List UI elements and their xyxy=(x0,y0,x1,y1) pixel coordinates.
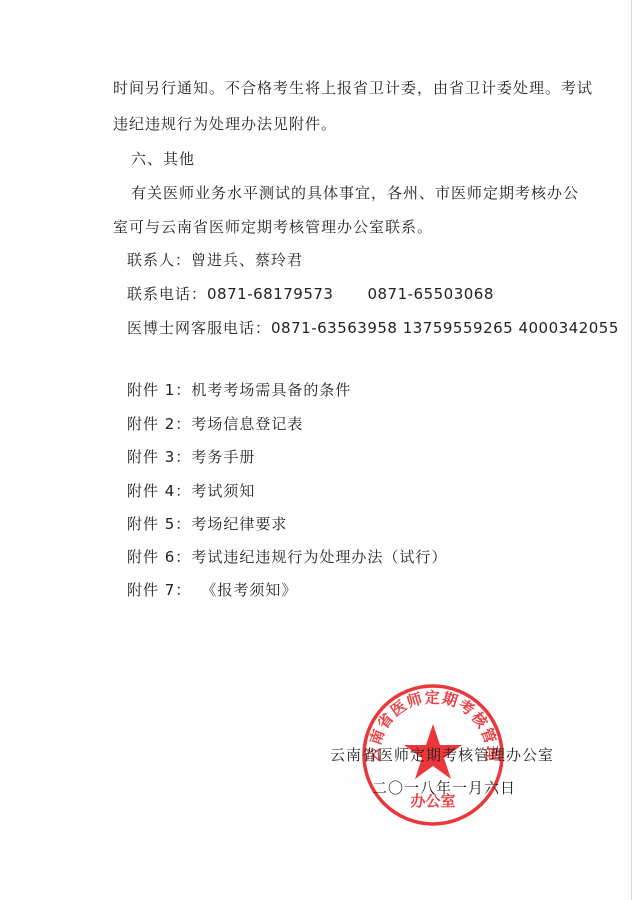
contact-person-value: 曾进兵、蔡玲君 xyxy=(191,251,303,269)
attachment-label: 附件 2： xyxy=(127,415,191,433)
attachment-item: 附件 3：考务手册 xyxy=(127,448,255,466)
attachment-item: 附件 6：考试违纪违规行为处理办法（试行） xyxy=(127,548,447,566)
section-heading: 六、其他 xyxy=(131,150,195,168)
attachment-title: 考场纪律要求 xyxy=(191,515,287,533)
attachment-label: 附件 1： xyxy=(127,381,191,399)
attachment-title: 机考考场需具备的条件 xyxy=(191,381,351,399)
paragraph-continuation-line-2: 违纪违规行为处理办法见附件。 xyxy=(113,115,337,133)
other-paragraph-line-1: 有关医师业务水平测试的具体事宜，各州、市医师定期考核办公 xyxy=(131,184,579,202)
contact-person-label: 联系人： xyxy=(127,251,191,269)
attachment-item: 附件 5：考场纪律要求 xyxy=(127,515,287,533)
contact-person: 联系人：曾进兵、蔡玲君 xyxy=(127,251,303,269)
attachment-item: 附件 1：机考考场需具备的条件 xyxy=(127,381,351,399)
attachment-title: 考试须知 xyxy=(191,482,255,500)
service-label: 医博士网客服电话： xyxy=(127,319,271,337)
attachment-label: 附件 6： xyxy=(127,548,191,566)
attachment-label: 附件 4： xyxy=(127,482,191,500)
phone-2: 0871-65503068 xyxy=(367,285,493,303)
signature-organization: 云南省医师定期考核管理办公室 xyxy=(330,746,554,764)
service-phones: 0871-63563958 13759559265 4000342055 xyxy=(271,319,619,337)
phone-label: 联系电话： xyxy=(127,285,207,303)
attachment-item: 附件 7：《报考须知》 xyxy=(127,581,297,599)
attachment-label: 附件 5： xyxy=(127,515,191,533)
attachment-title: 考试违纪违规行为处理办法（试行） xyxy=(191,548,447,566)
attachment-title: 考务手册 xyxy=(191,448,255,466)
document-page: 时间另行通知。不合格考生将上报省卫计委，由省卫计委处理。考试 违纪违规行为处理办… xyxy=(0,0,636,900)
signature-date: 二〇一八年一月六日 xyxy=(372,779,516,797)
attachment-label: 附件 7： xyxy=(127,581,191,599)
service-phone: 医博士网客服电话：0871-63563958 13759559265 40003… xyxy=(127,319,619,337)
paragraph-continuation-line-1: 时间另行通知。不合格考生将上报省卫计委，由省卫计委处理。考试 xyxy=(113,79,593,97)
attachment-label: 附件 3： xyxy=(127,448,191,466)
phone-1: 0871-68179573 xyxy=(207,285,333,303)
attachment-item: 附件 2：考场信息登记表 xyxy=(127,415,303,433)
attachment-title: 考场信息登记表 xyxy=(191,415,303,433)
other-paragraph-line-2: 室可与云南省医师定期考核管理办公室联系。 xyxy=(113,218,433,236)
attachment-item: 附件 4：考试须知 xyxy=(127,482,255,500)
scan-edge-line xyxy=(631,0,632,900)
contact-phone: 联系电话：0871-681795730871-65503068 xyxy=(127,285,494,303)
attachment-title: 《报考须知》 xyxy=(201,581,297,599)
